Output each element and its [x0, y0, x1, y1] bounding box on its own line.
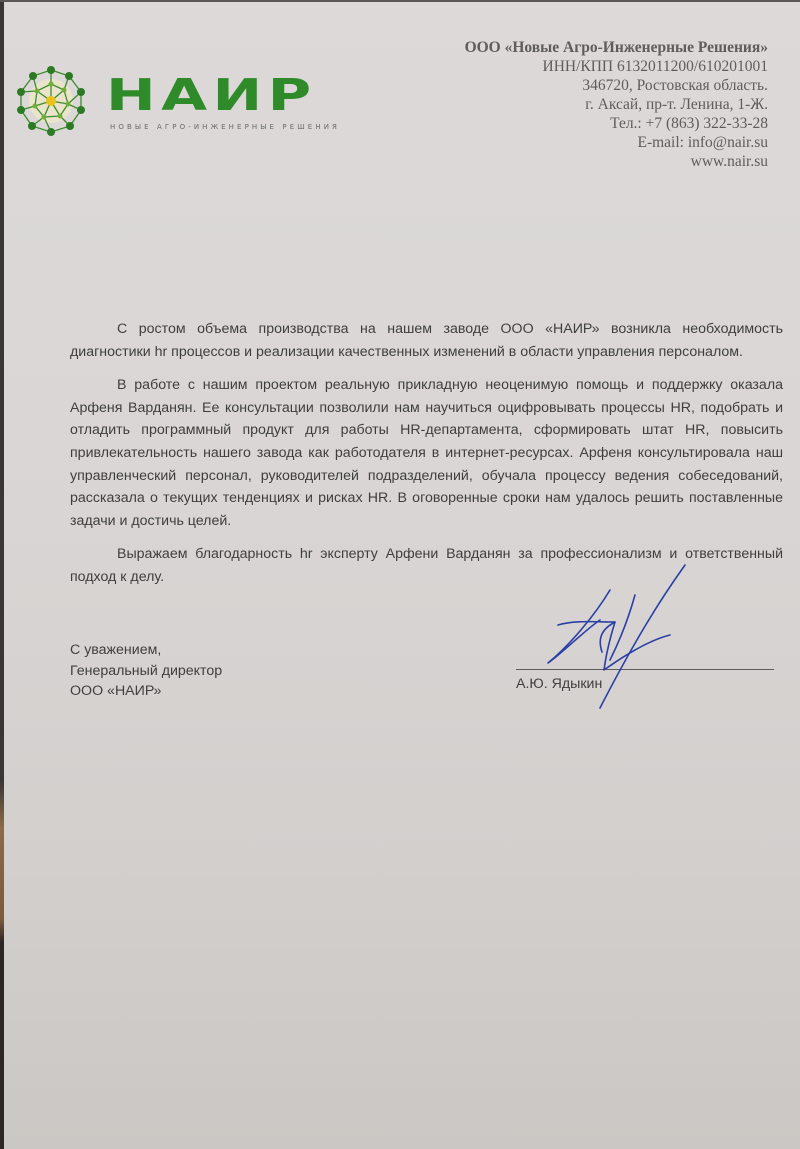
- website: www.nair.su: [465, 152, 768, 171]
- company-logo: НАИР НОВЫЕ АГРО-ИНЖЕНЕРНЫЕ РЕШЕНИЯ: [14, 64, 354, 144]
- company-contacts: ООО «Новые Агро-Инженерные Решения» ИНН/…: [465, 38, 768, 171]
- logo-tagline: НОВЫЕ АГРО-ИНЖЕНЕРНЫЕ РЕШЕНИЯ: [110, 123, 340, 131]
- letter-body: С ростом объема производства на нашем за…: [70, 318, 783, 600]
- body-paragraph-1: С ростом объема производства на нашем за…: [70, 318, 783, 363]
- logo-wordmark: НАИР: [106, 74, 317, 118]
- page-top-edge: [0, 0, 800, 2]
- handwritten-signature: [540, 560, 690, 710]
- address-line-2: г. Аксай, пр-т. Ленина, 1-Ж.: [465, 95, 768, 114]
- company-name: ООО «Новые Агро-Инженерные Решения»: [465, 38, 768, 57]
- signoff-block: С уважением, Генеральный директор ООО «Н…: [70, 640, 222, 702]
- inn-kpp: ИНН/КПП 6132011200/610201001: [465, 57, 768, 76]
- address-line-1: 346720, Ростовская область.: [465, 76, 768, 95]
- email: E-mail: info@nair.su: [465, 133, 768, 152]
- closing: С уважением,: [70, 640, 222, 661]
- signer-organization: ООО «НАИР»: [70, 681, 222, 702]
- network-sphere-icon: [14, 64, 88, 138]
- phone: Тел.: +7 (863) 322-33-28: [465, 114, 768, 133]
- body-paragraph-2: В работе с нашим проектом реальную прикл…: [70, 374, 783, 532]
- signer-position: Генеральный директор: [70, 661, 222, 682]
